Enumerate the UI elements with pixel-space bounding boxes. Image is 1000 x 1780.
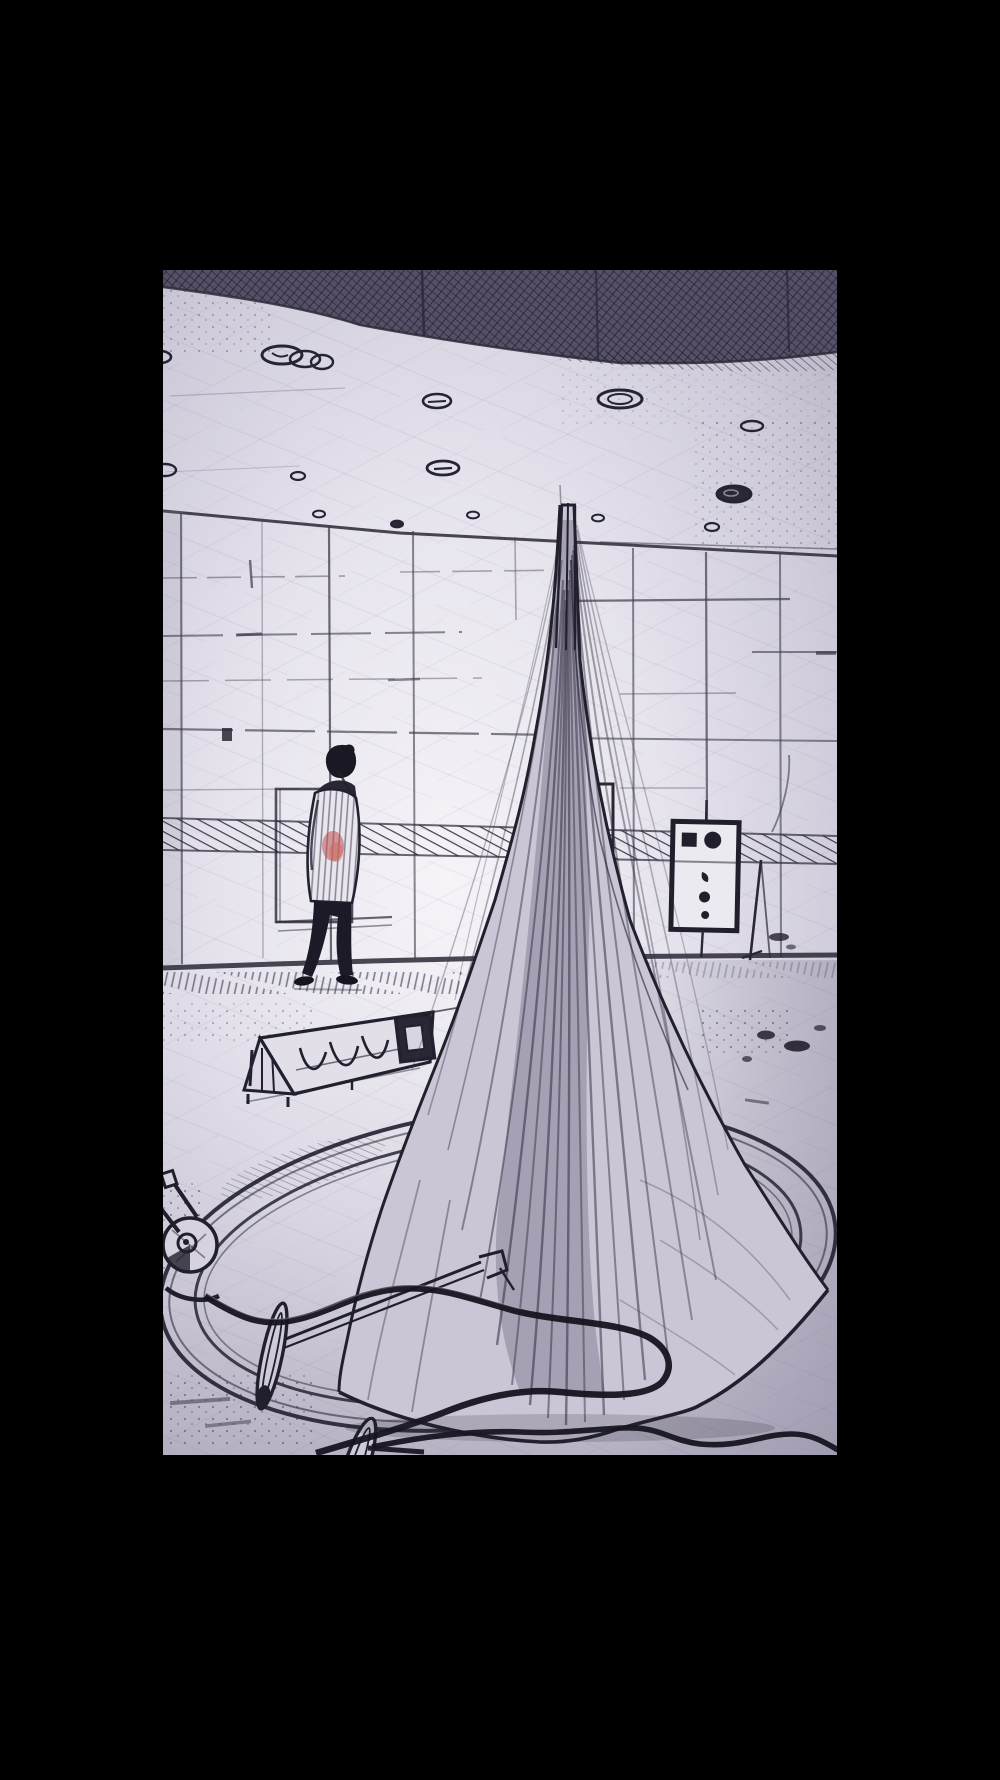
sign-divider [672,861,738,862]
ceiling-speckles-left [163,285,273,355]
cone-ground-shadow [345,1414,775,1442]
sketch-illustration [0,0,1000,1780]
ceiling-speckles-mid [560,366,837,426]
person-shadow [294,989,362,990]
base-hatch-left [163,972,463,994]
light-switch [222,728,232,741]
artwork-page [0,0,1000,1780]
sign-square-glyph [682,833,697,847]
jacket-red-mark-2 [329,842,343,862]
sign-lower-mount [701,930,703,957]
drawing-area [140,270,855,1521]
wall-left-shade [163,511,183,966]
person-hair-bun [344,745,355,756]
